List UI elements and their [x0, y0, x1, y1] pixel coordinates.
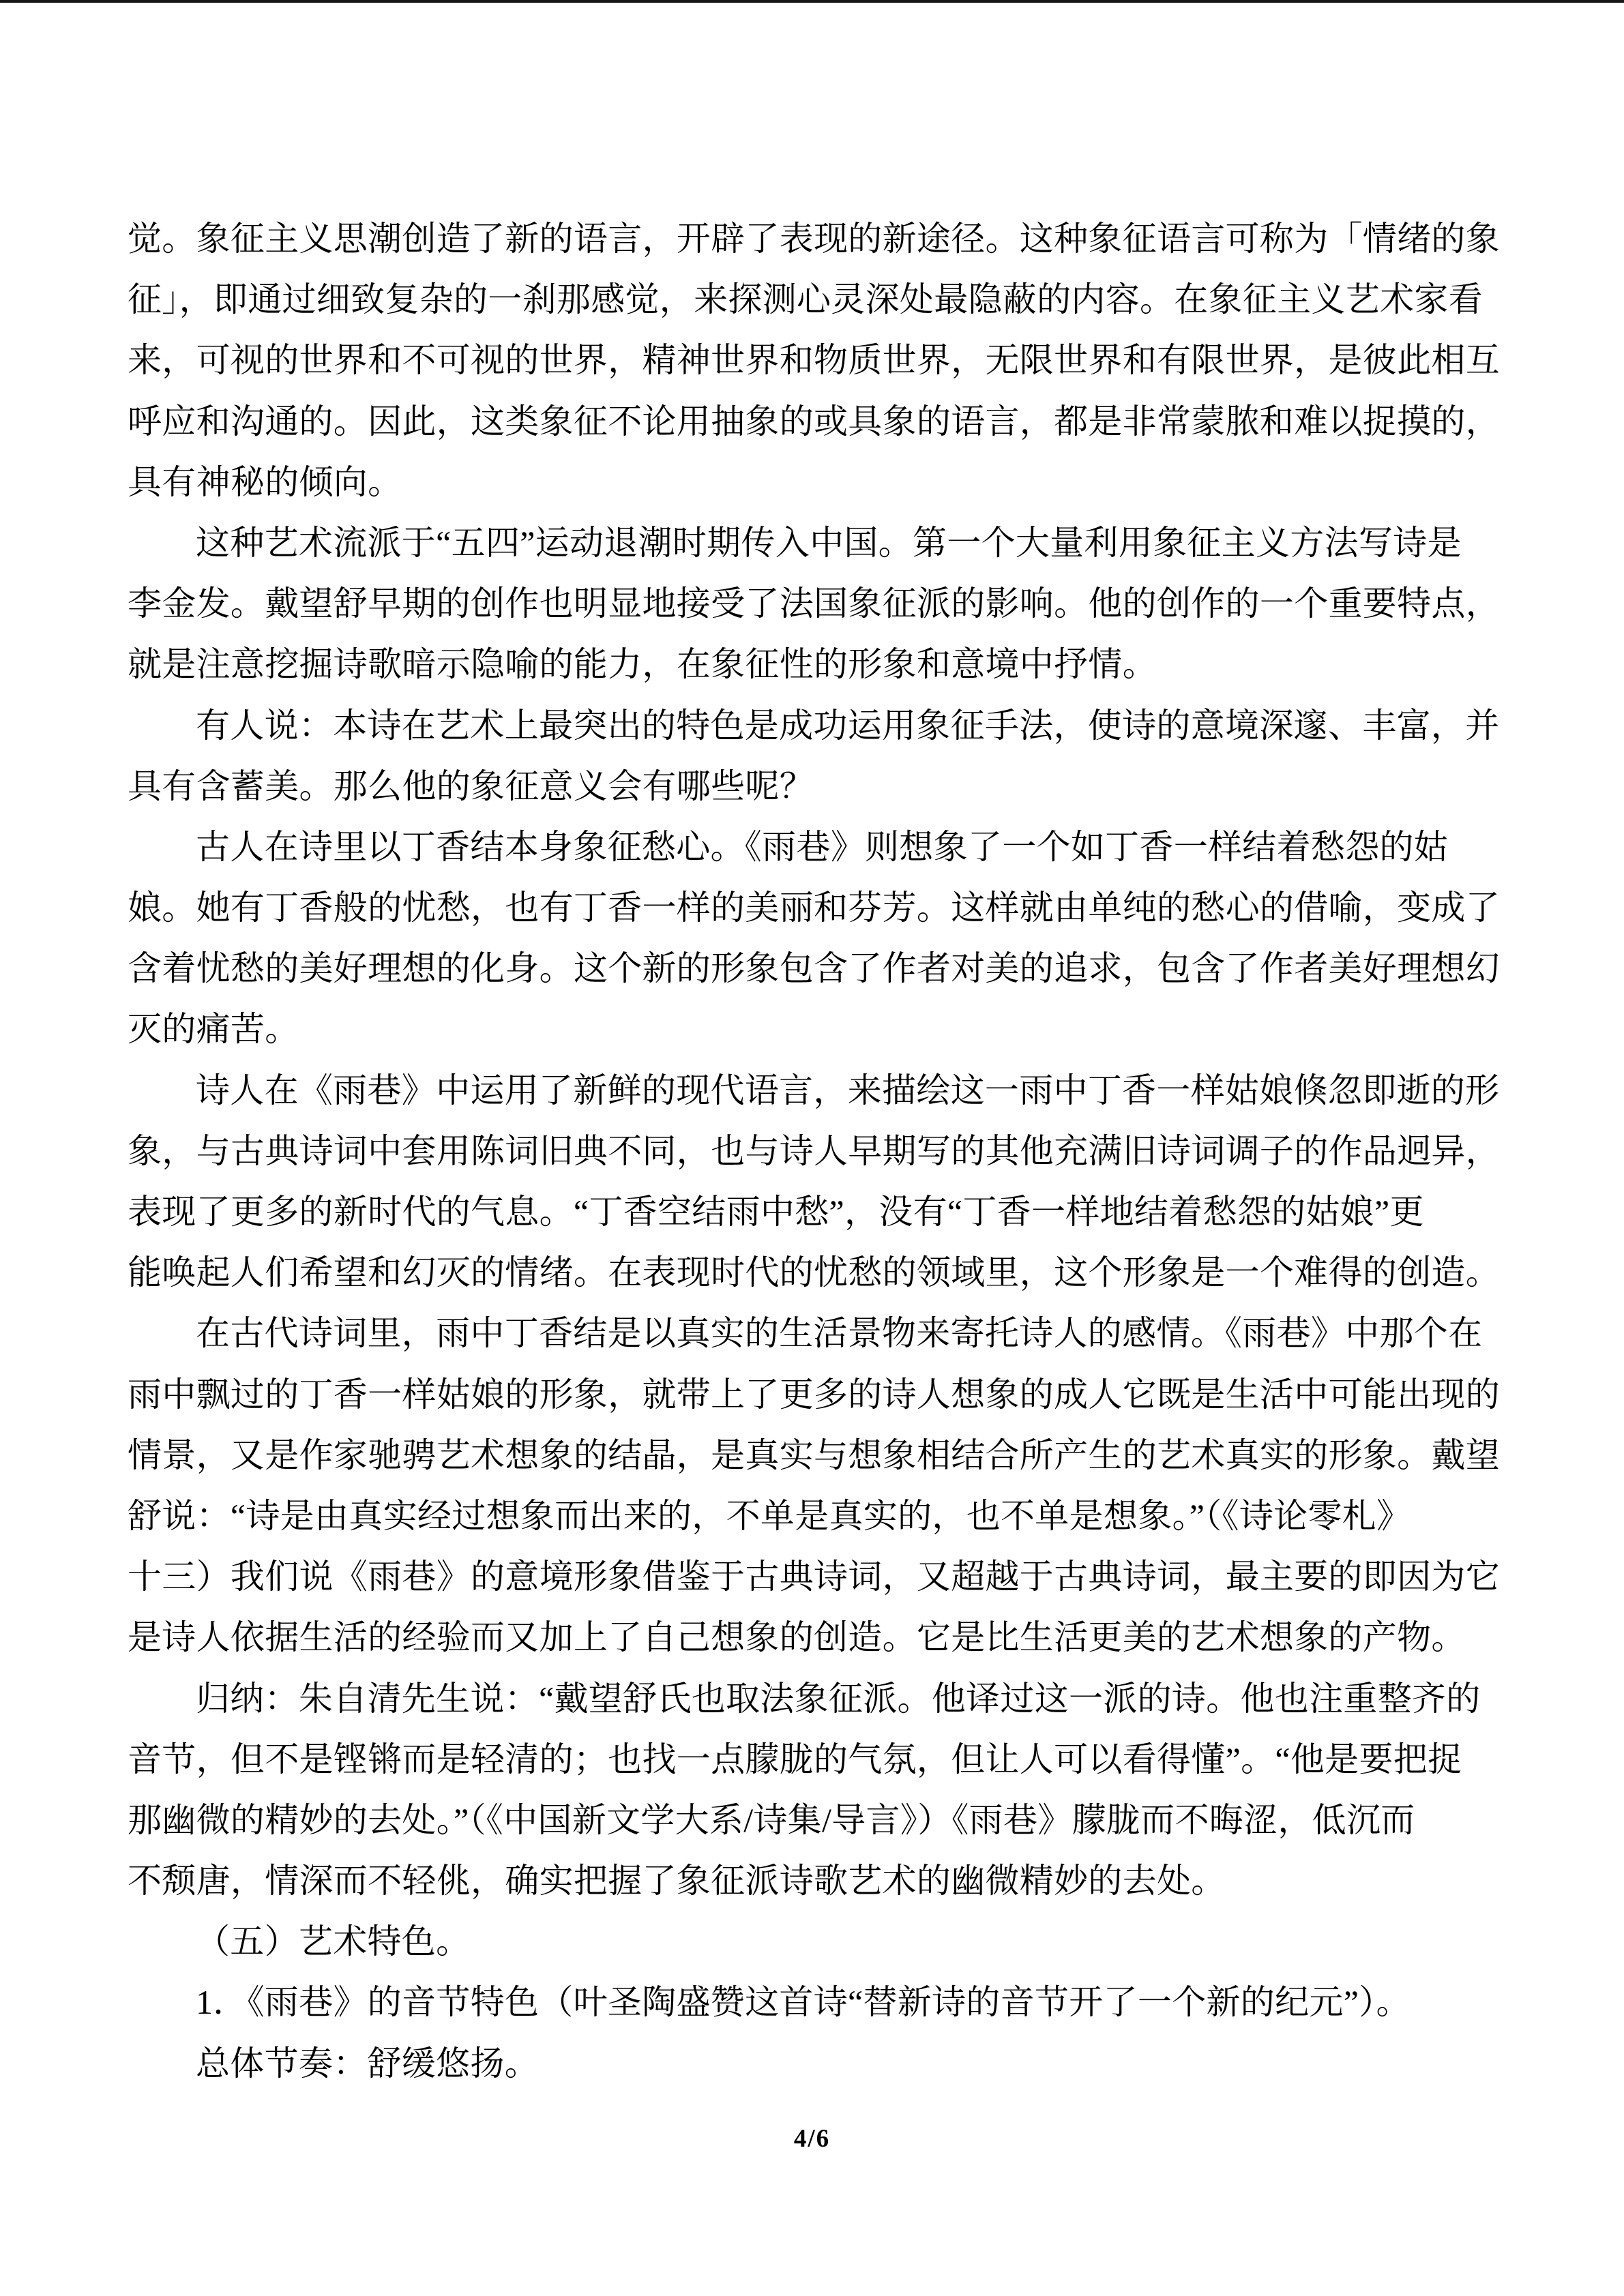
- text-line: 古人在诗里以丁香结本身象征愁心。《雨巷》则想象了一个如丁香一样结着愁怨的姑: [128, 817, 1500, 878]
- text-line: 呼应和沟通的。因此，这类象征不论用抽象的或具象的语言，都是非常蒙脓和难以捉摸的，: [128, 391, 1500, 452]
- text-line: 含着忧愁的美好理想的化身。这个新的形象包含了作者对美的追求，包含了作者美好理想幻: [128, 938, 1500, 999]
- document-page: 觉。象征主义思潮创造了新的语言，开辟了表现的新途径。这种象征语言可称为「情绪的象…: [0, 0, 1624, 2296]
- text-line: 诗人在《雨巷》中运用了新鲜的现代语言，来描绘这一雨中丁香一样姑娘倏忽即逝的形: [128, 1060, 1500, 1121]
- text-line: 来，可视的世界和不可视的世界，精神世界和物质世界，无限世界和有限世界，是彼此相互: [128, 330, 1500, 391]
- text-line: 那幽微的精妙的去处。”（《中国新文学大系/诗集/导言》）《雨巷》朦胧而不晦涩，低…: [128, 1790, 1500, 1851]
- text-line: 征」，即通过细致复杂的一刹那感觉，来探测心灵深处最隐蔽的内容。在象征主义艺术家看: [128, 269, 1500, 330]
- text-line: 具有神秘的倾向。: [128, 452, 1500, 513]
- text-line: 总体节奏：舒缓悠扬。: [128, 2033, 1500, 2094]
- text-line: 觉。象征主义思潮创造了新的语言，开辟了表现的新途径。这种象征语言可称为「情绪的象: [128, 209, 1500, 269]
- document-body: 觉。象征主义思潮创造了新的语言，开辟了表现的新途径。这种象征语言可称为「情绪的象…: [128, 209, 1500, 2094]
- text-line: 雨中飘过的丁香一样姑娘的形象，就带上了更多的诗人想象的成人它既是生活中可能出现的: [128, 1365, 1500, 1425]
- text-line: 表现了更多的新时代的气息。“丁香空结雨中愁”，没有“丁香一样地结着愁怨的姑娘”更: [128, 1182, 1500, 1242]
- text-line: 能唤起人们希望和幻灭的情绪。在表现时代的忧愁的领域里，这个形象是一个难得的创造。: [128, 1242, 1500, 1303]
- text-line: 娘。她有丁香般的忧愁，也有丁香一样的美丽和芬芳。这样就由单纯的愁心的借喻，变成了: [128, 878, 1500, 938]
- text-line: 有人说：本诗在艺术上最突出的特色是成功运用象征手法，使诗的意境深邃、丰富，并: [128, 696, 1500, 756]
- text-line: 音节，但不是铿锵而是轻清的；也找一点朦胧的气氛，但让人可以看得懂”。“他是要把捉: [128, 1729, 1500, 1790]
- text-line: 情景，又是作家驰骋艺术想象的结晶，是真实与想象相结合所产生的艺术真实的形象。戴望: [128, 1425, 1500, 1486]
- text-line: 在古代诗词里，雨中丁香结是以真实的生活景物来寄托诗人的感情。《雨巷》中那个在: [128, 1303, 1500, 1364]
- text-line: （五）艺术特色。: [128, 1911, 1500, 1972]
- page-top-edge: [0, 0, 1624, 3]
- text-line: 灭的痛苦。: [128, 999, 1500, 1060]
- text-line: 就是注意挖掘诗歌暗示隐喻的能力，在象征性的形象和意境中抒情。: [128, 634, 1500, 695]
- text-line: 1．《雨巷》的音节特色（叶圣陶盛赞这首诗“替新诗的音节开了一个新的纪元”）。: [128, 1972, 1500, 2033]
- text-line: 这种艺术流派于“五四”运动退潮时期传入中国。第一个大量利用象征主义方法写诗是: [128, 513, 1500, 573]
- text-line: 不颓唐，情深而不轻佻，确实把握了象征派诗歌艺术的幽微精妙的去处。: [128, 1851, 1500, 1911]
- text-line: 十三）我们说《雨巷》的意境形象借鉴于古典诗词，又超越于古典诗词，最主要的即因为它: [128, 1547, 1500, 1607]
- text-line: 李金发。戴望舒早期的创作也明显地接受了法国象征派的影响。他的创作的一个重要特点，: [128, 573, 1500, 634]
- page-number: 4/6: [0, 2124, 1624, 2153]
- text-line: 具有含蓄美。那么他的象征意义会有哪些呢？: [128, 756, 1500, 817]
- text-line: 是诗人依据生活的经验而又加上了自己想象的创造。它是比生活更美的艺术想象的产物。: [128, 1607, 1500, 1668]
- text-line: 舒说：“诗是由真实经过想象而出来的，不单是真实的，也不单是想象。”（《诗论零札》: [128, 1486, 1500, 1547]
- text-line: 象，与古典诗词中套用陈词旧典不同，也与诗人早期写的其他充满旧诗词调子的作品迥异，: [128, 1121, 1500, 1182]
- text-line: 归纳：朱自清先生说：“戴望舒氏也取法象征派。他译过这一派的诗。他也注重整齐的: [128, 1669, 1500, 1729]
